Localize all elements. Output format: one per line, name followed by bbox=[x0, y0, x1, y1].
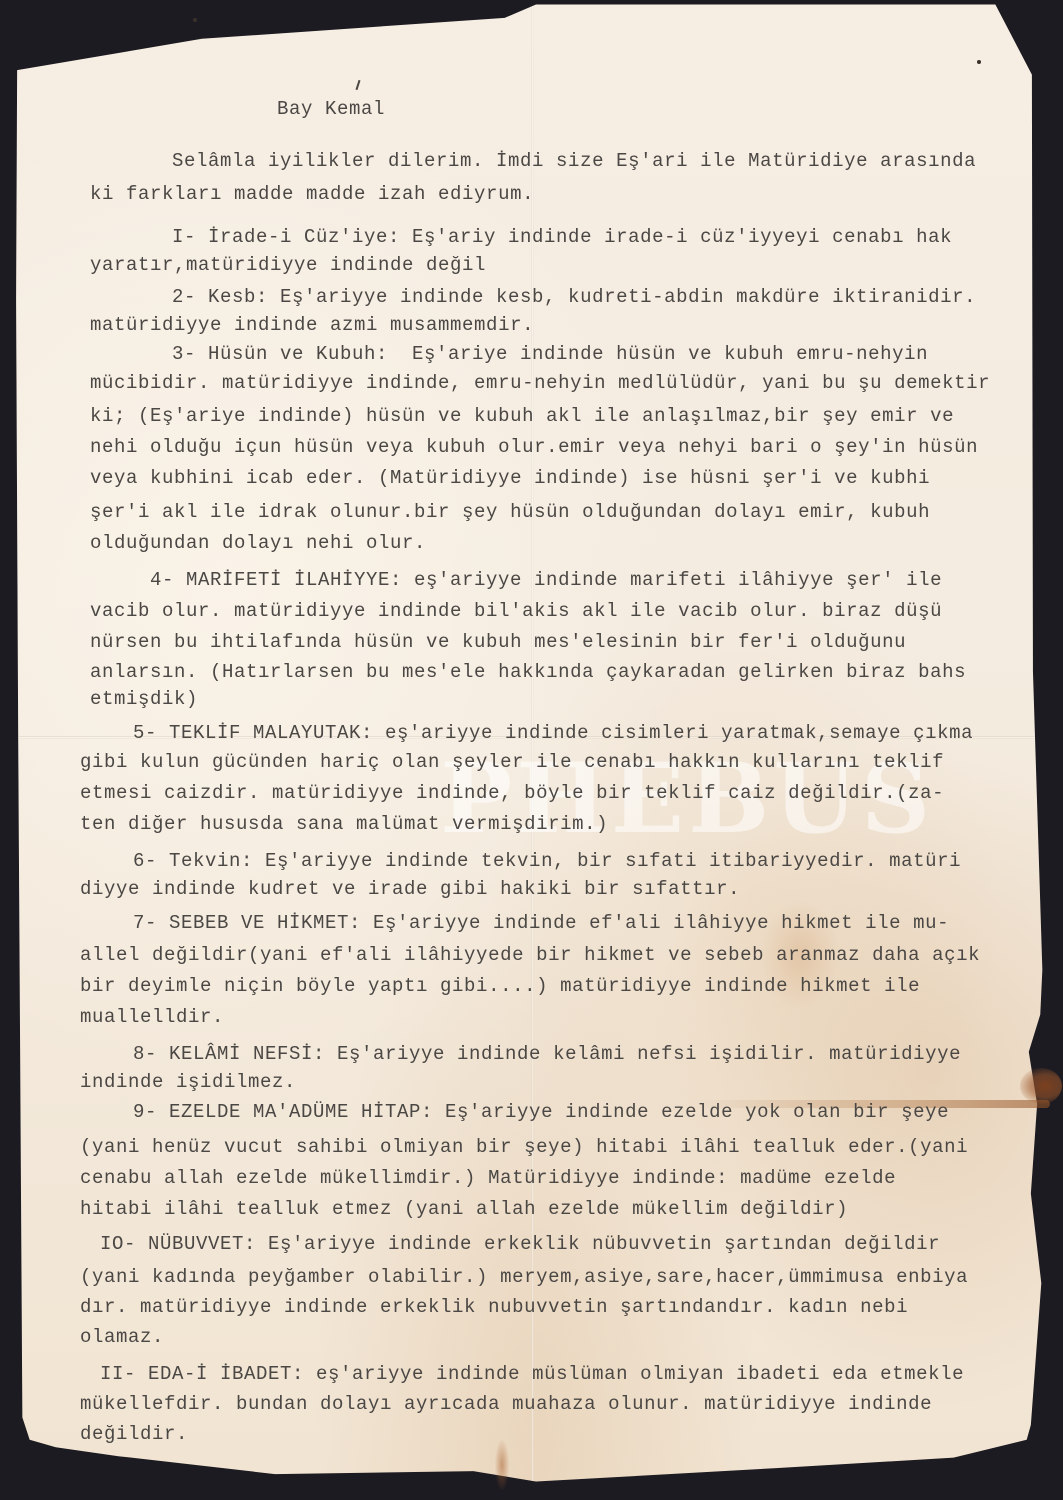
item-3-line: şer'i akl ile idrak olunur.bir şey hüsün… bbox=[90, 501, 930, 523]
item-10-line: olamaz. bbox=[80, 1326, 164, 1348]
item-6-line: diyye indinde kudret ve irade gibi hakik… bbox=[80, 878, 740, 900]
item-11-line: mükellefdir. bundan dolayı ayrıcada muah… bbox=[80, 1393, 932, 1415]
item-3-line: olduğundan dolayı nehi olur. bbox=[90, 532, 426, 554]
item-7-line: bir deyimle niçin böyle yaptı gibi....) … bbox=[80, 975, 920, 997]
item-1-line: yaratır,matüridiyye indinde değil bbox=[90, 254, 486, 276]
item-7-heading-line: 7- SEBEB VE HİKMET: Eş'ariyye indinde ef… bbox=[133, 912, 949, 934]
intro-line: Selâmla iyilikler dilerim. İmdi size Eş'… bbox=[172, 150, 976, 172]
item-11-heading-line: II- EDA-İ İBADET: eş'ariyye indinde müsl… bbox=[100, 1363, 964, 1385]
item-4-line: nürsen bu ihtilafında hüsün ve kubuh mes… bbox=[90, 631, 906, 653]
item-3-line: nehi olduğu içun hüsün veya kubuh olur.e… bbox=[90, 436, 978, 458]
item-2-heading-line: 2- Kesb: Eş'ariyye indinde kesb, kudreti… bbox=[172, 286, 976, 308]
item-4-heading-line: 4- MARİFETİ İLAHİYYE: eş'ariyye indinde … bbox=[150, 569, 942, 591]
item-5-heading-line: 5- TEKLİF MALAYUTAK: eş'ariyye indinde c… bbox=[133, 722, 973, 744]
item-9-line: (yani henüz vucut sahibi olmiyan bir şey… bbox=[80, 1136, 968, 1158]
item-3-line: mücibidir. matüridiyye indinde, emru-neh… bbox=[90, 372, 990, 394]
item-7-line: muallelldir. bbox=[80, 1006, 224, 1028]
pen-tick-mark bbox=[356, 80, 361, 90]
item-9-line: hitabi ilâhi tealluk etmez (yani allah e… bbox=[80, 1198, 848, 1220]
item-4-line: vacib olur. matüridiyye indinde bil'akis… bbox=[90, 600, 942, 622]
item-4-line: anlarsın. (Hatırlarsen bu mes'ele hakkın… bbox=[90, 661, 966, 683]
item-10-line: dır. matüridiyye indinde erkeklik nubuvv… bbox=[80, 1296, 908, 1318]
item-5-line: gibi kulun gücünden hariç olan şeyler il… bbox=[80, 751, 944, 773]
item-9-line: cenabu allah ezelde mükellimdir.) Matüri… bbox=[80, 1167, 896, 1189]
intro-line: ki farkları madde madde izah ediyrum. bbox=[90, 183, 534, 205]
item-5-line: ten diğer hususda sana malümat vermişdir… bbox=[80, 813, 608, 835]
item-11-line: değildir. bbox=[80, 1423, 188, 1445]
item-8-heading-line: 8- KELÂMİ NEFSİ: Eş'ariyye indinde kelâm… bbox=[133, 1043, 961, 1065]
item-9-heading-line: 9- EZELDE MA'ADÜME HİTAP: Eş'ariyye indi… bbox=[133, 1101, 949, 1123]
item-10-line: (yani kadında peyğamber olabilir.) merye… bbox=[80, 1266, 968, 1288]
item-5-line: etmesi caizdir. matüridiyye indinde, böy… bbox=[80, 782, 944, 804]
item-4-line: etmişdik) bbox=[90, 688, 198, 710]
typewritten-letter: Bay Kemal Selâmla iyilikler dilerim. İmd… bbox=[0, 0, 1063, 1500]
letter-greeting: Bay Kemal bbox=[277, 98, 385, 120]
item-3-line: veya kubhini icab eder. (Matüridiyye ind… bbox=[90, 467, 930, 489]
item-2-line: matüridiyye indinde azmi musammemdir. bbox=[90, 314, 534, 336]
item-3-heading-line: 3- Hüsün ve Kubuh: Eş'ariye indinde hüsü… bbox=[172, 343, 928, 365]
item-10-heading-line: IO- NÜBUVVET: Eş'ariyye indinde erkeklik… bbox=[100, 1233, 940, 1255]
item-1-heading-line: I- İrade-i Cüz'iye: Eş'ariy indinde irad… bbox=[172, 226, 952, 248]
item-3-line: ki; (Eş'ariye indinde) hüsün ve kubuh ak… bbox=[90, 405, 954, 427]
item-7-line: allel değildir(yani ef'ali ilâhiyyede bi… bbox=[80, 944, 980, 966]
item-8-line: indinde işidilmez. bbox=[80, 1071, 296, 1093]
item-6-heading-line: 6- Tekvin: Eş'ariyye indinde tekvin, bir… bbox=[133, 850, 961, 872]
